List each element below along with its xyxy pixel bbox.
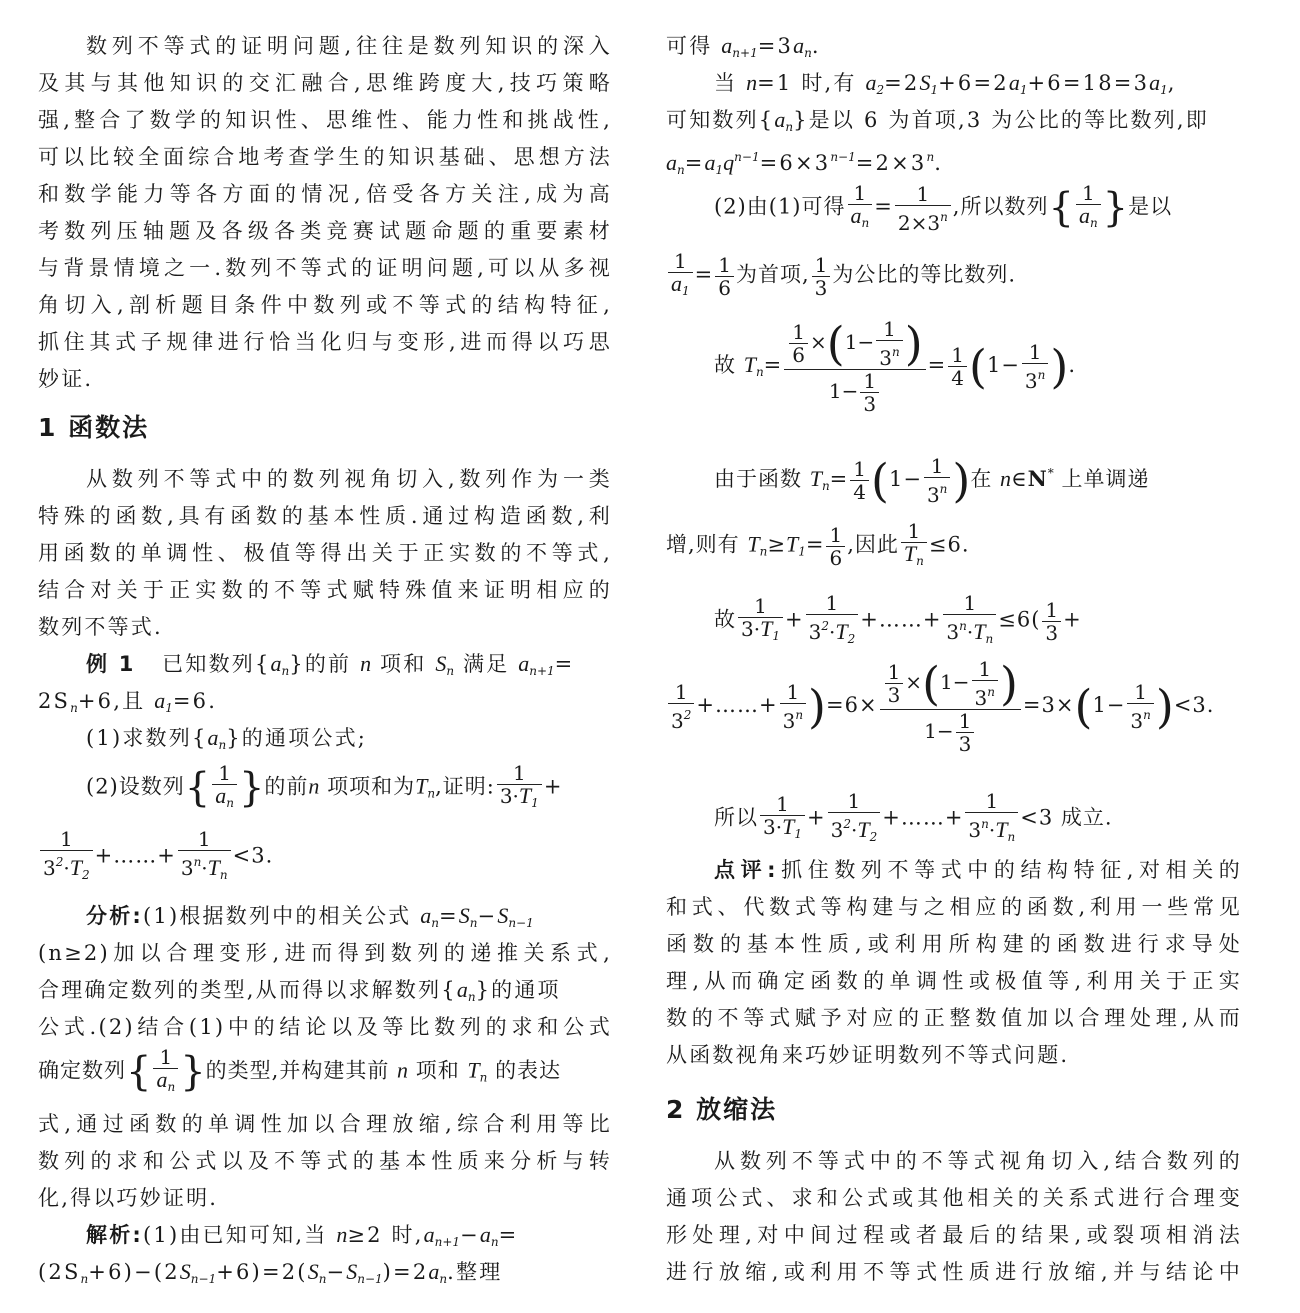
question-1: (1)求数列{an}的通项公式; [38,725,612,751]
section1-line: 用函数的单调性、极值等得出关于正实数的不等式, [38,540,612,566]
analysis-line: 式,通过函数的单调性加以合理放缩,综合利用等比 [38,1111,612,1137]
example-statement-cont: 2Sn+6,且 a1=6. [38,688,612,714]
example-statement: 例 1 已知数列{an}的前 n 项和 Sn 满足 an+1= [38,651,612,677]
section2-line: 形处理,对中间过程或者最后的结果,或裂项相消法 [666,1222,1242,1248]
section2-line: 从数列不等式中的不等式视角切入,结合数列的 [666,1148,1242,1174]
solution-line: (2Sn+6)−(2Sn−1+6)=2(Sn−Sn−1)=2an.整理 [38,1259,612,1285]
bound-line: 增,则有 Tn≥T1=16,因此1Tn≤6. [666,520,970,572]
section2-line: 通项公式、求和公式或其他相关的关系式进行合理变 [666,1185,1242,1211]
solution-part2-cont: 1a1=16为首项,13为公比的等比数列. [666,250,1016,302]
comment-label: 点评: [714,858,778,882]
solution-cont-line: 当 n=1 时,有 a2=2S1+6=2a1+6=18=3a1, [666,70,1242,96]
intro-line: 和数学能力等各方面的情况,倍受各方关注,成为高 [38,181,612,207]
conclusion-line: 所以13·T1+132·T2+……+13n·Tn<3 成立. [714,790,1113,848]
section1-line: 数列不等式. [38,614,612,640]
comment-line: 和式、代数式等构建与之相应的函数,利用一些常见 [666,894,1242,920]
section1-line: 从数列不等式中的数列视角切入,数列作为一类 [38,466,612,492]
comment-line: 点评:抓住数列不等式中的结构特征,对相关的 [666,857,1242,883]
question-2-cont: 132·T2+……+13n·Tn<3. [38,828,273,886]
intro-line: 及其与其他知识的交汇融合,思维跨度大,技巧策略 [38,70,612,96]
solution-part2: (2)由(1)可得1an=12×3n,所以数列{1an}是以 [714,182,1172,234]
intro-line: 考数列压轴题及各级各类竞赛试题命题的重要素材 [38,218,612,244]
comment-line: 函数的基本性质,或利用所构建的函数进行求导处 [666,931,1242,957]
sum-inequality: 故13·T1+132·T2+……+13n·Tn≤6(13+ [714,592,1082,650]
section1-line: 结合对关于正实数的不等式赋特殊值来证明相应的 [38,577,612,603]
analysis-line: 数列的求和公式以及不等式的基本性质来分析与转 [38,1148,612,1174]
analysis-line: (n≥2)加以合理变形,进而得到数列的递推关系式, [38,940,612,966]
section1-line: 特殊的函数,具有函数的基本性质.通过构造函数,利 [38,503,612,529]
intro-line: 妙证. [38,366,612,392]
sum-inequality-cont: 132+……+13n)=6×13×(1−13n)1−13=3×(1−13n)<3… [666,658,1214,755]
intro-line: 与背景情境之一.数列不等式的证明问题,可以从多视 [38,255,612,281]
comment-line: 理,从而确定函数的单调性或极值等,利用关于正实 [666,968,1242,994]
section2-line: 进行放缩,或利用不等式性质进行放缩,并与结论中 [666,1259,1242,1285]
intro-line: 角切入,剖析题目条件中数列或不等式的结构特征, [38,292,612,318]
intro-line: 可以比较全面综合地考查学生的知识基础、思想方法 [38,144,612,170]
analysis-line: 确定数列{1an}的类型,并构建其前 n 项和 Tn 的表达 [38,1046,561,1098]
analysis-line: 化,得以巧妙证明. [38,1185,612,1211]
intro-line: 抓住其式子规律进行恰当化归与变形,进而得以巧思 [38,329,612,355]
solution-label: 解析: [86,1223,143,1247]
section-heading: 2 放缩法 [666,1090,777,1126]
example-label: 例 1 [86,652,136,676]
analysis-line: 分析:(1)根据数列中的相关公式 an=Sn−Sn−1 [38,903,612,929]
comment-line: 数的不等式赋予对应的正整数值加以合理处理,从而 [666,1005,1242,1031]
comment-line: 从函数视角来巧妙证明数列不等式问题. [666,1042,1242,1068]
formula-tn: 故 Tn=16×(1−13n)1−13=14(1−13n). [714,318,1076,415]
intro-line: 数列不等式的证明问题,往往是数列知识的深入 [38,33,612,59]
analysis-line: 合理确定数列的类型,从而得以求解数列{an}的通项 [38,977,612,1003]
solution-cont-line: 可得 an+1=3an. [666,33,1242,59]
formula-an: an=a1qn−1=6×3n−1=2×3n. [666,144,1242,170]
solution-cont-line: 可知数列{an}是以 6 为首项,3 为公比的等比数列,即 [666,107,1242,133]
analysis-line: 公式.(2)结合(1)中的结论以及等比数列的求和公式 [38,1014,612,1040]
section-heading: 1 函数法 [38,408,149,444]
question-2: (2)设数列{1an}的前n 项项和为Tn,证明:13·T1+ [86,762,562,814]
monotonic-line: 由于函数 Tn=14(1−13n)在 n∈N* 上单调递 [714,455,1149,506]
solution-line: 解析:(1)由已知可知,当 n≥2 时,an+1−an= [38,1222,612,1248]
analysis-label: 分析: [86,904,143,928]
intro-line: 强,整合了数学的知识性、思维性、能力性和挑战性, [38,107,612,133]
